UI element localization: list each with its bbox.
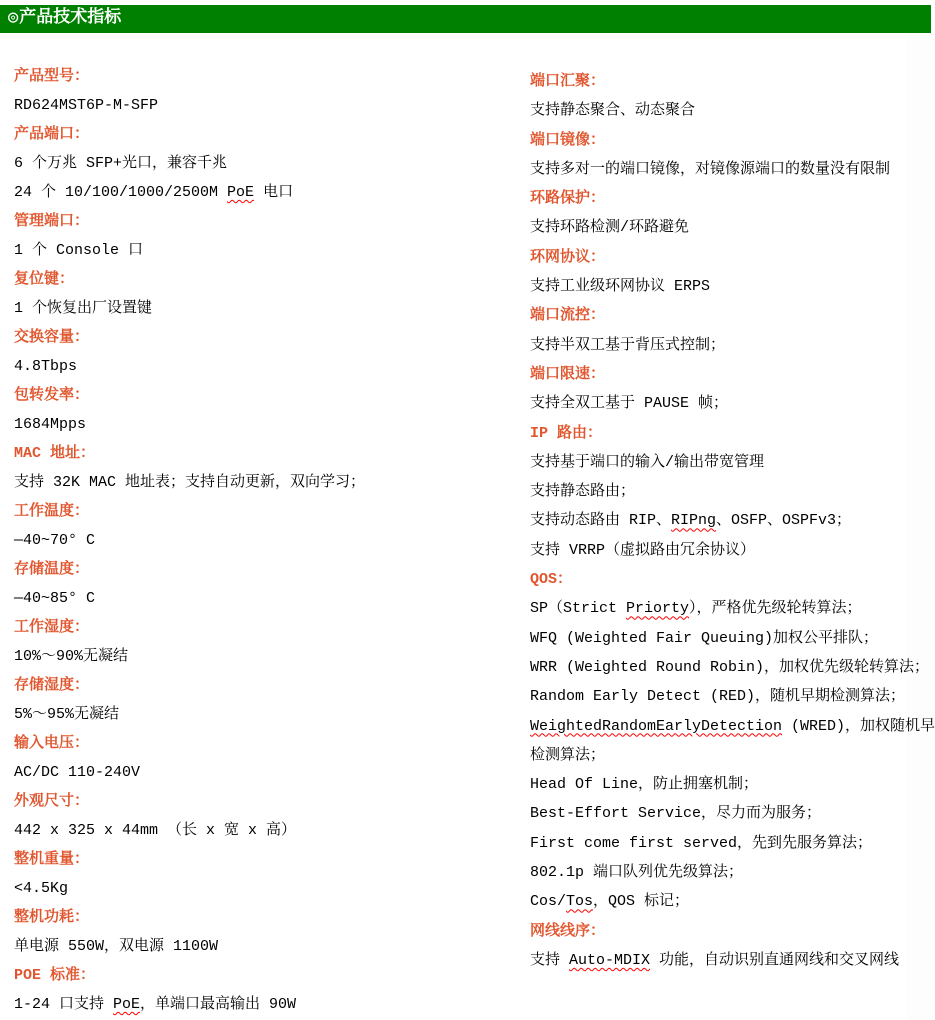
spec-section-heading: 整机功耗： bbox=[14, 903, 514, 932]
text-segment: 5%～95%无凝结 bbox=[14, 706, 119, 723]
spec-section-heading: 端口限速： bbox=[530, 360, 935, 389]
text-segment: 支持基于端口的输入/输出带宽管理 bbox=[530, 454, 764, 471]
spec-value-line: 1 个 Console 口 bbox=[14, 236, 514, 265]
spec-value-line: 802.1p 端口队列优先级算法； bbox=[530, 858, 935, 887]
text-segment: —40~70° C bbox=[14, 532, 95, 549]
text-segment: 支持半双工基于背压式控制； bbox=[530, 337, 725, 354]
spec-value-line: 支持静态聚合、动态聚合 bbox=[530, 96, 935, 125]
spec-value-line: WRR (Weighted Round Robin)，加权优先级轮转算法； bbox=[530, 653, 935, 682]
text-segment: ，QOS 标记； bbox=[593, 893, 689, 910]
text-segment: 802.1p 端口队列优先级算法； bbox=[530, 864, 743, 881]
text-segment: —40~85° C bbox=[14, 590, 95, 607]
text-segment: 支持动态路由 RIP、 bbox=[530, 512, 671, 529]
spec-value-line: —40~85° C bbox=[14, 584, 514, 613]
text-segment: Cos/ bbox=[530, 893, 566, 910]
spec-value-line: 支持工业级环网协议 ERPS bbox=[530, 272, 935, 301]
text-segment: WFQ (Weighted Fair Queuing)加权公平排队； bbox=[530, 630, 878, 647]
spec-value-line: 24 个 10/100/1000/2500M PoE 电口 bbox=[14, 178, 514, 207]
spec-section-heading: POE 标准： bbox=[14, 961, 514, 990]
text-segment: 端口限速： bbox=[530, 366, 605, 383]
text-segment: 存储湿度： bbox=[14, 677, 89, 694]
double-circle-bullet-icon: ◎ bbox=[8, 9, 18, 28]
spec-value-line: 10%～90%无凝结 bbox=[14, 642, 514, 671]
spellcheck-wavy-word: PoE bbox=[227, 184, 254, 201]
text-segment: 管理端口： bbox=[14, 213, 89, 230]
spellcheck-wavy-word: Tos bbox=[566, 893, 593, 910]
text-segment: 支持静态聚合、动态聚合 bbox=[530, 102, 695, 119]
spellcheck-wavy-word: Auto-MDIX bbox=[569, 952, 650, 969]
text-segment: 环路保护： bbox=[530, 190, 605, 207]
text-segment: 网线线序： bbox=[530, 923, 605, 940]
spec-column-left: 产品型号：RD624MST6P-M-SFP产品端口：6 个万兆 SFP+光口，兼… bbox=[14, 62, 514, 1019]
section-title-bar: ◎产品技术指标 bbox=[0, 5, 931, 33]
text-segment: 支持工业级环网协议 ERPS bbox=[530, 278, 710, 295]
spec-section-heading: 端口镜像： bbox=[530, 126, 935, 155]
spec-value-line: 支持静态路由； bbox=[530, 477, 935, 506]
spec-section-heading: 存储温度： bbox=[14, 555, 514, 584]
spec-section-heading: 外观尺寸： bbox=[14, 787, 514, 816]
spec-value-line: Random Early Detect (RED)，随机早期检测算法； bbox=[530, 682, 935, 711]
spec-value-line: 4.8Tbps bbox=[14, 352, 514, 381]
spec-section-heading: QOS： bbox=[530, 565, 935, 594]
spec-value-line: 支持基于端口的输入/输出带宽管理 bbox=[530, 448, 935, 477]
spec-section-heading: 产品端口： bbox=[14, 120, 514, 149]
spec-value-line: 支持动态路由 RIP、RIPng、OSFP、OSPFv3； bbox=[530, 506, 935, 535]
spec-value-line: Cos/Tos，QOS 标记； bbox=[530, 887, 935, 916]
spellcheck-wavy-word: Priorty bbox=[626, 600, 689, 617]
text-segment: 1684Mpps bbox=[14, 416, 86, 433]
text-segment: MAC 地址： bbox=[14, 445, 95, 462]
text-segment: 1 个 Console 口 bbox=[14, 242, 143, 259]
text-segment: POE 标准： bbox=[14, 967, 95, 984]
spec-section-heading: 环网协议： bbox=[530, 243, 935, 272]
text-segment: 检测算法； bbox=[530, 747, 605, 764]
text-segment: (WRED)，加权随机早期 bbox=[782, 718, 935, 735]
spec-value-line: 1-24 口支持 PoE，单端口最高输出 90W bbox=[14, 990, 514, 1019]
spec-value-line: Head Of Line，防止拥塞机制； bbox=[530, 770, 935, 799]
spec-value-line: 1 个恢复出厂设置键 bbox=[14, 294, 514, 323]
text-segment: WRR (Weighted Round Robin)，加权优先级轮转算法； bbox=[530, 659, 929, 676]
text-segment: 整机重量： bbox=[14, 851, 89, 868]
text-segment: 、OSFP、OSPFv3； bbox=[716, 512, 851, 529]
text-segment: 端口流控： bbox=[530, 307, 605, 324]
spec-section-heading: 工作温度： bbox=[14, 497, 514, 526]
spec-section-heading: 交换容量： bbox=[14, 323, 514, 352]
spec-section-heading: 产品型号： bbox=[14, 62, 514, 91]
text-segment: 工作湿度： bbox=[14, 619, 89, 636]
text-segment: 外观尺寸： bbox=[14, 793, 89, 810]
text-segment: ），严格优先级轮转算法； bbox=[689, 600, 862, 617]
text-segment: 包转发率： bbox=[14, 387, 89, 404]
spec-value-line: 支持多对一的端口镜像，对镜像源端口的数量没有限制 bbox=[530, 155, 935, 184]
spec-section-heading: 网线线序： bbox=[530, 917, 935, 946]
text-segment: 端口镜像： bbox=[530, 132, 605, 149]
text-segment: 整机功耗： bbox=[14, 909, 89, 926]
text-segment: 工作温度： bbox=[14, 503, 89, 520]
text-segment: ，单端口最高输出 90W bbox=[140, 996, 296, 1013]
text-segment: 输入电压： bbox=[14, 735, 89, 752]
spec-value-line: 单电源 550W，双电源 1100W bbox=[14, 932, 514, 961]
spec-value-line: <4.5Kg bbox=[14, 874, 514, 903]
text-segment: 442 x 325 x 44mm （长 x 宽 x 高） bbox=[14, 822, 296, 839]
text-segment: 支持 bbox=[530, 952, 569, 969]
spec-section-heading: 管理端口： bbox=[14, 207, 514, 236]
spec-value-line: WFQ (Weighted Fair Queuing)加权公平排队； bbox=[530, 624, 935, 653]
text-segment: 4.8Tbps bbox=[14, 358, 77, 375]
spec-value-line: 支持全双工基于 PAUSE 帧； bbox=[530, 389, 935, 418]
spec-column-right: 端口汇聚：支持静态聚合、动态聚合端口镜像：支持多对一的端口镜像，对镜像源端口的数… bbox=[530, 67, 935, 975]
spec-value-line: 442 x 325 x 44mm （长 x 宽 x 高） bbox=[14, 816, 514, 845]
spec-value-line: 6 个万兆 SFP+光口，兼容千兆 bbox=[14, 149, 514, 178]
spec-section-heading: MAC 地址： bbox=[14, 439, 514, 468]
text-segment: 1-24 口支持 bbox=[14, 996, 113, 1013]
spec-value-line: AC/DC 110-240V bbox=[14, 758, 514, 787]
text-segment: 电口 bbox=[254, 184, 293, 201]
spec-value-line: 支持 Auto-MDIX 功能，自动识别直通网线和交叉网线 bbox=[530, 946, 935, 975]
spec-section-heading: 复位键： bbox=[14, 265, 514, 294]
text-segment: 支持多对一的端口镜像，对镜像源端口的数量没有限制 bbox=[530, 161, 890, 178]
text-segment: SP（Strict bbox=[530, 600, 626, 617]
text-segment: 支持全双工基于 PAUSE 帧； bbox=[530, 395, 728, 412]
spec-section-heading: 存储湿度： bbox=[14, 671, 514, 700]
spec-section-heading: 端口流控： bbox=[530, 301, 935, 330]
spec-section-heading: 端口汇聚： bbox=[530, 67, 935, 96]
text-segment: Best-Effort Service，尽力而为服务； bbox=[530, 805, 821, 822]
spec-value-line: 支持半双工基于背压式控制； bbox=[530, 331, 935, 360]
spellcheck-wavy-word: RIPng bbox=[671, 512, 716, 529]
spec-value-line: 1684Mpps bbox=[14, 410, 514, 439]
text-segment: 产品型号： bbox=[14, 68, 89, 85]
spellcheck-wavy-word: WeightedRandomEarlyDetection bbox=[530, 718, 782, 735]
text-segment: 支持环路检测/环路避免 bbox=[530, 219, 689, 236]
text-segment: 支持静态路由； bbox=[530, 483, 635, 500]
spec-value-line: 支持 VRRP（虚拟路由冗余协议） bbox=[530, 536, 935, 565]
spec-value-line: —40~70° C bbox=[14, 526, 514, 555]
text-segment: IP 路由： bbox=[530, 425, 602, 442]
spec-value-line: Best-Effort Service，尽力而为服务； bbox=[530, 799, 935, 828]
text-segment: 单电源 550W，双电源 1100W bbox=[14, 938, 218, 955]
spec-value-line: First come first served，先到先服务算法； bbox=[530, 829, 935, 858]
text-segment: 功能，自动识别直通网线和交叉网线 bbox=[650, 952, 899, 969]
spec-value-line: SP（Strict Priorty），严格优先级轮转算法； bbox=[530, 594, 935, 623]
text-segment: QOS： bbox=[530, 571, 572, 588]
text-segment: Head Of Line，防止拥塞机制； bbox=[530, 776, 758, 793]
spec-value-line: 检测算法； bbox=[530, 741, 935, 770]
spec-value-line: 支持环路检测/环路避免 bbox=[530, 213, 935, 242]
spec-section-heading: 输入电压： bbox=[14, 729, 514, 758]
text-segment: 存储温度： bbox=[14, 561, 89, 578]
spec-value-line: WeightedRandomEarlyDetection (WRED)，加权随机… bbox=[530, 712, 935, 741]
text-segment: 10%～90%无凝结 bbox=[14, 648, 128, 665]
spellcheck-wavy-word: PoE bbox=[113, 996, 140, 1013]
text-segment: <4.5Kg bbox=[14, 880, 68, 897]
text-segment: 环网协议： bbox=[530, 249, 605, 266]
spec-section-heading: 工作湿度： bbox=[14, 613, 514, 642]
text-segment: 24 个 10/100/1000/2500M bbox=[14, 184, 227, 201]
text-segment: 产品端口： bbox=[14, 126, 89, 143]
spec-value-line: 支持 32K MAC 地址表；支持自动更新，双向学习； bbox=[14, 468, 514, 497]
text-segment: 端口汇聚： bbox=[530, 73, 605, 90]
section-title: 产品技术指标 bbox=[19, 9, 121, 28]
text-segment: 1 个恢复出厂设置键 bbox=[14, 300, 152, 317]
spec-value-line: RD624MST6P-M-SFP bbox=[14, 91, 514, 120]
text-segment: 6 个万兆 SFP+光口，兼容千兆 bbox=[14, 155, 227, 172]
spec-section-heading: 整机重量： bbox=[14, 845, 514, 874]
text-segment: AC/DC 110-240V bbox=[14, 764, 140, 781]
spec-value-line: 5%～95%无凝结 bbox=[14, 700, 514, 729]
spec-section-heading: 包转发率： bbox=[14, 381, 514, 410]
text-segment: RD624MST6P-M-SFP bbox=[14, 97, 158, 114]
text-segment: 支持 VRRP（虚拟路由冗余协议） bbox=[530, 542, 755, 559]
spec-section-heading: 环路保护： bbox=[530, 184, 935, 213]
text-segment: 复位键： bbox=[14, 271, 74, 288]
text-segment: Random Early Detect (RED)，随机早期检测算法； bbox=[530, 688, 905, 705]
text-segment: 支持 32K MAC 地址表；支持自动更新，双向学习； bbox=[14, 474, 365, 491]
spec-section-heading: IP 路由： bbox=[530, 419, 935, 448]
text-segment: 交换容量： bbox=[14, 329, 89, 346]
text-segment: First come first served，先到先服务算法； bbox=[530, 835, 872, 852]
